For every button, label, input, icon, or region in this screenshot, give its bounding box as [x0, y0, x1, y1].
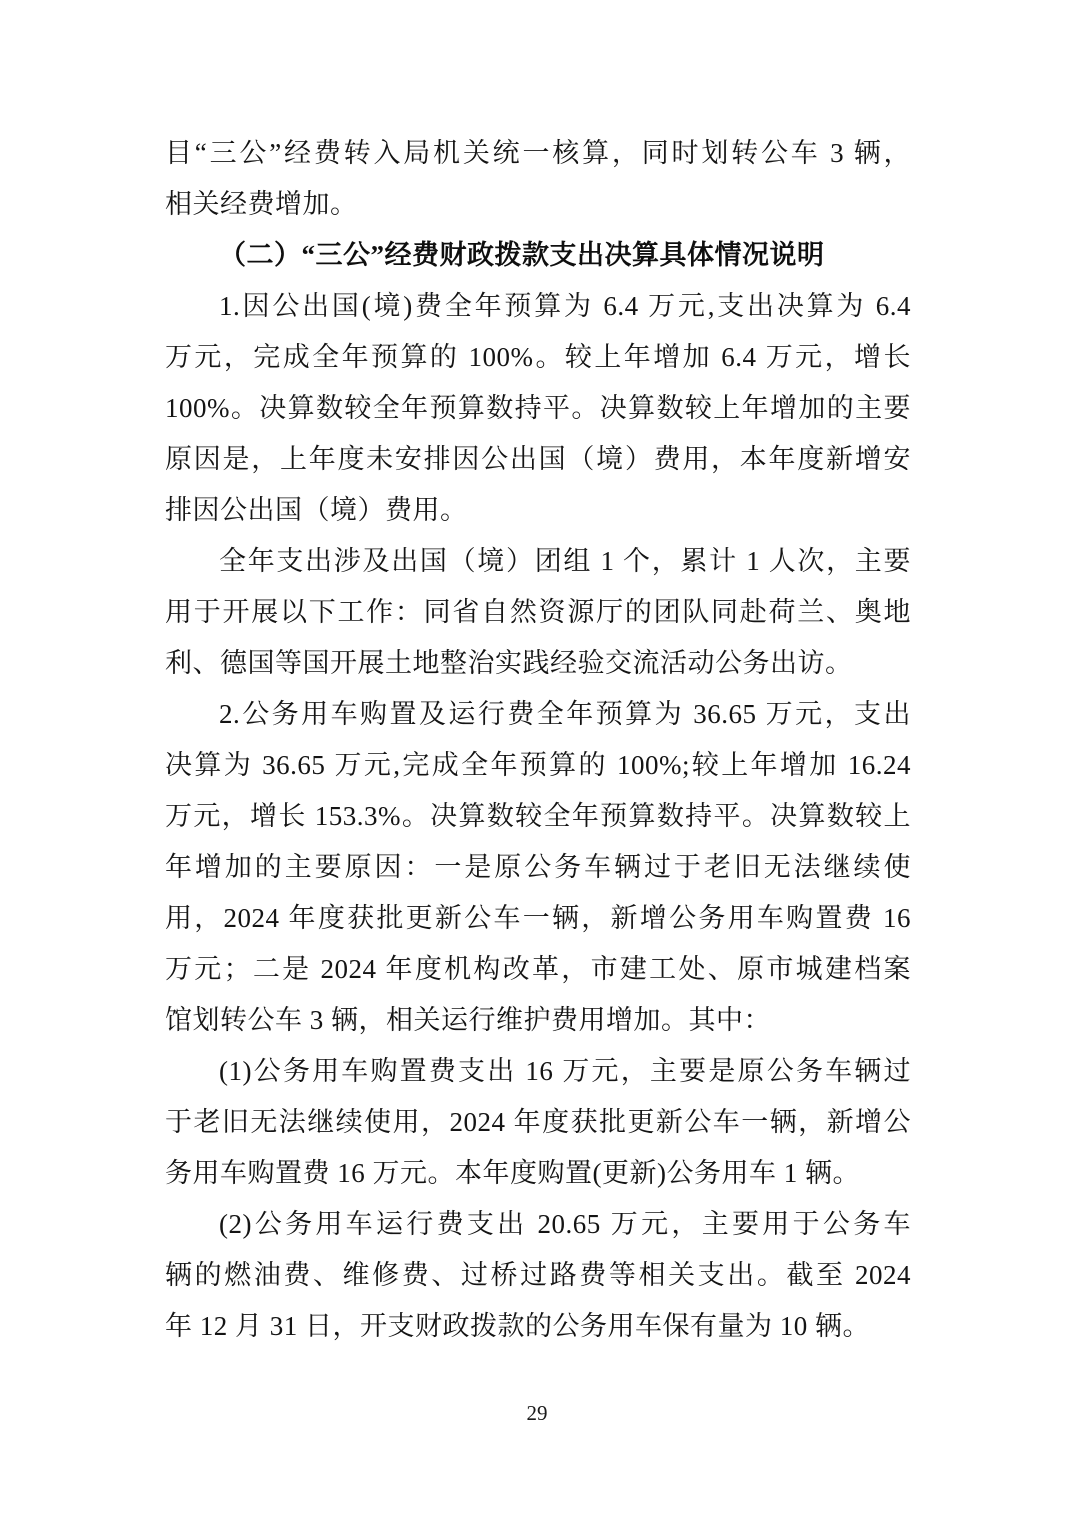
text-line: 用于开展以下工作：同省自然资源厅的团队同赴荷兰、奥地 — [165, 587, 911, 638]
text-line: 万元，完成全年预算的 100%。较上年增加 6.4 万元，增长 — [165, 332, 911, 383]
text-line: 年增加的主要原因：一是原公务车辆过于老旧无法继续使 — [165, 842, 911, 893]
document-page: 目“三公”经费转入局机关统一核算，同时划转公车 3 辆，相关经费增加。（二）“三… — [0, 0, 1074, 1520]
paragraph: 1.因公出国(境)费全年预算为 6.4 万元,支出决算为 6.4万元，完成全年预… — [165, 281, 911, 536]
document-body: 目“三公”经费转入局机关统一核算，同时划转公车 3 辆，相关经费增加。（二）“三… — [165, 128, 911, 1352]
page-number: 29 — [527, 1401, 548, 1425]
text-line: 2.公务用车购置及运行费全年预算为 36.65 万元，支出 — [165, 689, 911, 740]
text-line: 用，2024 年度获批更新公车一辆，新增公务用车购置费 16 — [165, 893, 911, 944]
text-line: 利、德国等国开展土地整治实践经验交流活动公务出访。 — [165, 638, 911, 689]
text-line: 目“三公”经费转入局机关统一核算，同时划转公车 3 辆， — [165, 128, 911, 179]
text-line: 1.因公出国(境)费全年预算为 6.4 万元,支出决算为 6.4 — [165, 281, 911, 332]
text-line: （二）“三公”经费财政拨款支出决算具体情况说明 — [165, 230, 911, 281]
paragraph: (2)公务用车运行费支出 20.65 万元，主要用于公务车辆的燃油费、维修费、过… — [165, 1199, 911, 1352]
paragraph: 全年支出涉及出国（境）团组 1 个，累计 1 人次，主要用于开展以下工作：同省自… — [165, 536, 911, 689]
text-line: (2)公务用车运行费支出 20.65 万元，主要用于公务车 — [165, 1199, 911, 1250]
paragraph: 2.公务用车购置及运行费全年预算为 36.65 万元，支出决算为 36.65 万… — [165, 689, 911, 1046]
text-line: 于老旧无法继续使用，2024 年度获批更新公车一辆，新增公 — [165, 1097, 911, 1148]
paragraph: (1)公务用车购置费支出 16 万元，主要是原公务车辆过于老旧无法继续使用，20… — [165, 1046, 911, 1199]
text-line: 100%。决算数较全年预算数持平。决算数较上年增加的主要 — [165, 383, 911, 434]
section-heading: （二）“三公”经费财政拨款支出决算具体情况说明 — [165, 230, 911, 281]
text-line: 务用车购置费 16 万元。本年度购置(更新)公务用车 1 辆。 — [165, 1148, 911, 1199]
text-line: 年 12 月 31 日，开支财政拨款的公务用车保有量为 10 辆。 — [165, 1301, 911, 1352]
text-line: 馆划转公车 3 辆，相关运行维护费用增加。其中： — [165, 995, 911, 1046]
page-footer: 29 — [0, 1400, 1074, 1426]
text-line: 决算为 36.65 万元,完成全年预算的 100%;较上年增加 16.24 — [165, 740, 911, 791]
text-line: 原因是，上年度未安排因公出国（境）费用，本年度新增安 — [165, 434, 911, 485]
text-line: (1)公务用车购置费支出 16 万元，主要是原公务车辆过 — [165, 1046, 911, 1097]
text-line: 万元；二是 2024 年度机构改革，市建工处、原市城建档案 — [165, 944, 911, 995]
text-line: 全年支出涉及出国（境）团组 1 个，累计 1 人次，主要 — [165, 536, 911, 587]
text-line: 辆的燃油费、维修费、过桥过路费等相关支出。截至 2024 — [165, 1250, 911, 1301]
text-line: 万元，增长 153.3%。决算数较全年预算数持平。决算数较上 — [165, 791, 911, 842]
text-line: 相关经费增加。 — [165, 179, 911, 230]
paragraph: 目“三公”经费转入局机关统一核算，同时划转公车 3 辆，相关经费增加。 — [165, 128, 911, 230]
text-line: 排因公出国（境）费用。 — [165, 485, 911, 536]
